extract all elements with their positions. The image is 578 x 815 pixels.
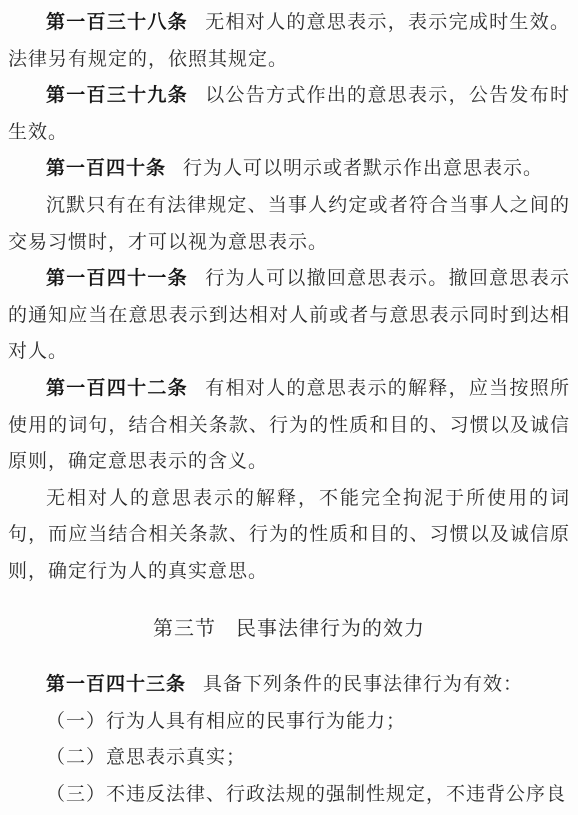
article-142-second-paragraph: 无相对人的意思表示的解释，不能完全拘泥于所使用的词句，而应当结合相关条款、行为的… — [8, 481, 570, 591]
article-140-text: 行为人可以明示或者默示作出意思表示。 — [183, 158, 543, 179]
article-139-paragraph: 第一百三十九条以公告方式作出的意思表示，公告发布时生效。 — [8, 78, 570, 151]
article-143-item-2: （二）意思表示真实； — [8, 740, 570, 777]
article-138-number: 第一百三十八条 — [46, 12, 188, 33]
article-141-paragraph: 第一百四十一条行为人可以撤回意思表示。撤回意思表示的通知应当在意思表示到达相对人… — [8, 261, 570, 371]
article-143-item-2-text: （二）意思表示真实； — [46, 747, 246, 768]
article-143-item-1: （一）行为人具有相应的民事行为能力； — [8, 704, 570, 741]
section-heading-label: 第三节 — [153, 618, 216, 640]
article-141-number: 第一百四十一条 — [46, 268, 188, 289]
section-heading: 第三节民事法律行为的效力 — [8, 611, 570, 648]
article-140-second-paragraph: 沉默只有在有法律规定、当事人约定或者符合当事人之间的交易习惯时，才可以视为意思表… — [8, 188, 570, 261]
article-139-number: 第一百三十九条 — [46, 85, 188, 106]
article-140-second-text: 沉默只有在有法律规定、当事人约定或者符合当事人之间的交易习惯时，才可以视为意思表… — [8, 195, 570, 253]
article-142-paragraph: 第一百四十二条有相对人的意思表示的解释，应当按照所使用的词句，结合相关条款、行为… — [8, 371, 570, 481]
article-142-second-text: 无相对人的意思表示的解释，不能完全拘泥于所使用的词句，而应当结合相关条款、行为的… — [8, 488, 570, 582]
article-143-item-1-text: （一）行为人具有相应的民事行为能力； — [46, 711, 406, 732]
article-143-number: 第一百四十三条 — [46, 674, 186, 695]
article-143-paragraph: 第一百四十三条具备下列条件的民事法律行为有效： — [8, 667, 570, 704]
article-140-paragraph: 第一百四十条行为人可以明示或者默示作出意思表示。 — [8, 151, 570, 188]
article-143-item-3: （三）不违反法律、行政法规的强制性规定，不违背公序良 — [8, 777, 570, 814]
article-138-paragraph: 第一百三十八条无相对人的意思表示，表示完成时生效。法律另有规定的，依照其规定。 — [8, 5, 570, 78]
section-heading-title: 民事法律行为的效力 — [236, 618, 425, 640]
article-143-text: 具备下列条件的民事法律行为有效： — [203, 674, 523, 695]
article-142-number: 第一百四十二条 — [46, 378, 188, 399]
article-140-number: 第一百四十条 — [46, 158, 166, 179]
article-143-item-3-text: （三）不违反法律、行政法规的强制性规定，不违背公序良 — [46, 784, 566, 805]
document-page: 第一百三十八条无相对人的意思表示，表示完成时生效。法律另有规定的，依照其规定。 … — [0, 0, 578, 815]
